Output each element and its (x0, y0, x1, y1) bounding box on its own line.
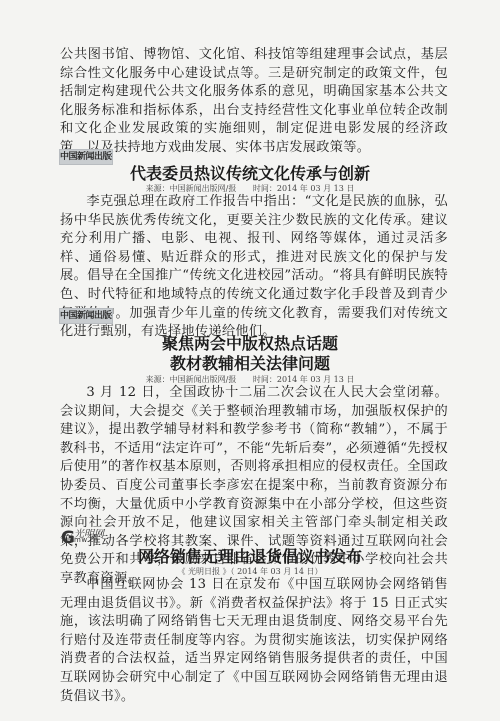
article-2-time: 时间：2014 年 03 月 13 日 (253, 375, 354, 384)
article-2-title-line-1: 聚焦两会中版权热点话题 (0, 334, 500, 354)
china-press-logo-icon: 中国新闻出版报 (59, 308, 113, 324)
article-1-time: 时间：2014 年 03 月 13 日 (253, 184, 354, 193)
article-3-source: 《 光明日报 》（ 2014 年 03 月 14 日） (177, 567, 322, 576)
article-1-body: 李克强总理在政府工作报告中指出：“文化是民族的血脉，弘扬中华民族优秀传统文化，更… (60, 193, 448, 342)
gmw-logo-icon: G 光明网 mw.cn (61, 526, 109, 546)
article-3-title: 网络销售无理由退货倡议书发布 (0, 547, 500, 567)
article-1-source: 来源：中国新闻出版网/报 (146, 184, 237, 193)
document-page: 公共图书馆、博物馆、文化馆、科技馆等组建理事会试点，基层综合性文化服务中心建设试… (0, 0, 500, 721)
china-press-logo-icon: 中国新闻出版报 (59, 149, 113, 165)
article-2-title-line-2: 教材教辅相关法律问题 (0, 354, 500, 374)
gmw-logo-en: mw.cn (74, 536, 99, 544)
gmw-logo-g: G (61, 528, 75, 548)
article-2-source: 来源：中国新闻出版网/报 (146, 375, 237, 384)
article-3-body: 中国互联网协会 13 日在京发布《中国互联网协会网络销售无理由退货倡议书》。新《… (60, 576, 448, 706)
article-1-title: 代表委员热议传统文化传承与创新 (0, 164, 500, 184)
intro-paragraph: 公共图书馆、博物馆、文化馆、科技馆等组建理事会试点，基层综合性文化服务中心建设试… (60, 46, 448, 158)
